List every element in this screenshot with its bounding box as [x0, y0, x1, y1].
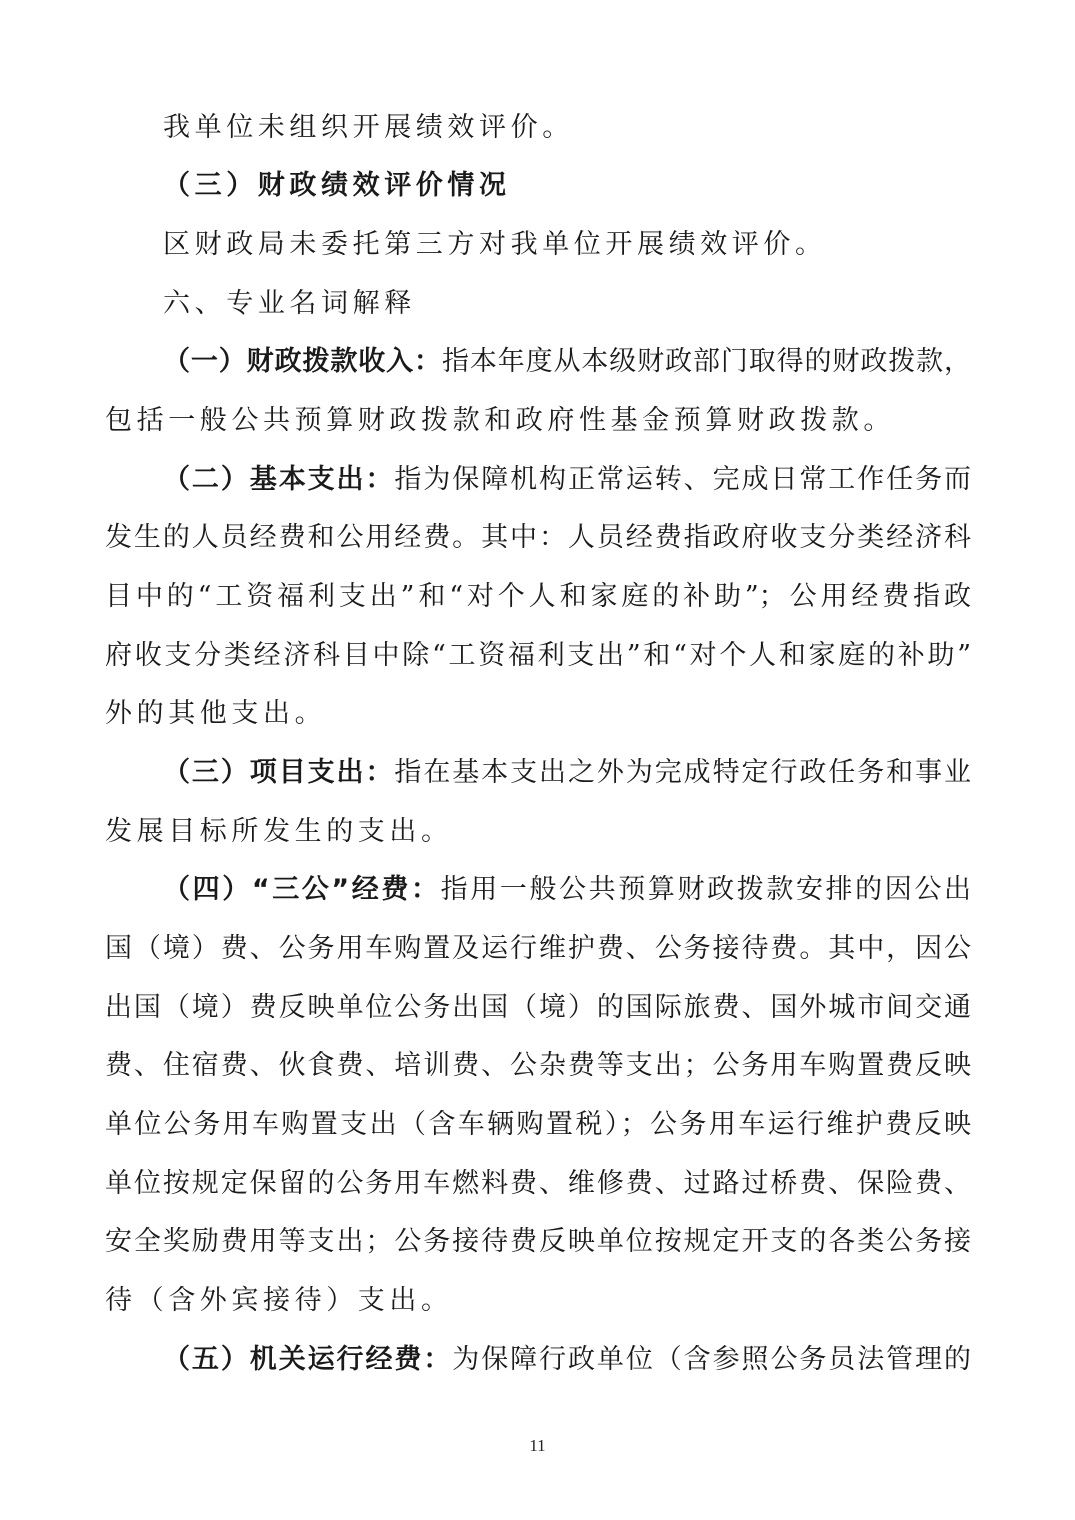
paragraph-no-evaluation: 我单位未组织开展绩效评价。: [163, 108, 574, 148]
definition-line: 目中的“工资福利支出”和“对个人和家庭的补助”；公用经费指政: [105, 577, 971, 617]
page-number: 11: [0, 1436, 1075, 1456]
definition-line: 包括一般公共预算财政拨款和政府性基金预算财政拨款。: [105, 401, 895, 441]
term-agency-operating-expenses: （五）机关运行经费：: [163, 1344, 452, 1375]
term-project-expenditure: （三）项目支出：: [163, 757, 394, 788]
term-basic-expenditure: （二）基本支出：: [163, 464, 394, 495]
section-heading-glossary: 六、专业名词解释: [163, 284, 416, 324]
definition-line: 安全奖励费用等支出；公务接待费反映单位按规定开支的各类公务接: [105, 1222, 971, 1262]
definition-line: 府收支分类经济科目中除“工资福利支出”和“对个人和家庭的补助”: [105, 636, 971, 676]
definition-line: 国（境）费、公务用车购置及运行维护费、公务接待费。其中，因公: [105, 929, 971, 969]
definition-agency-operating-expenses: （五）机关运行经费：为保障行政单位（含参照公务员法管理的: [163, 1340, 971, 1380]
definition-fiscal-appropriation: （一）财政拨款收入：指本年度从本级财政部门取得的财政拨款，: [163, 342, 971, 382]
definition-line: 外的其他支出。: [105, 694, 326, 734]
definition-project-expenditure: （三）项目支出：指在基本支出之外为完成特定行政任务和事业: [163, 753, 971, 793]
paragraph-no-third-party: 区财政局未委托第三方对我单位开展绩效评价。: [163, 225, 827, 265]
term-three-public-expenses: （四）“三公”经费：: [163, 874, 441, 905]
definition-line: 出国（境）费反映单位公务出国（境）的国际旅费、国外城市间交通: [105, 988, 971, 1028]
definition-line: 费、住宿费、伙食费、培训费、公杂费等支出；公务用车购置费反映: [105, 1046, 971, 1086]
definition-line: 发生的人员经费和公用经费。其中：人员经费指政府收支分类经济科: [105, 518, 971, 558]
definition-line: 发展目标所发生的支出。: [105, 812, 453, 852]
definition-line: 单位公务用车购置支出（含车辆购置税）；公务用车运行维护费反映: [105, 1105, 971, 1145]
definition-three-public-expenses: （四）“三公”经费：指用一般公共预算财政拨款安排的因公出: [163, 870, 971, 910]
term-fiscal-appropriation: （一）财政拨款收入：: [163, 346, 442, 377]
definition-line: 单位按规定保留的公务用车燃料费、维修费、过路过桥费、保险费、: [105, 1164, 971, 1204]
section-heading-fiscal-evaluation: （三）财政绩效评价情况: [163, 166, 511, 206]
definition-basic-expenditure: （二）基本支出：指为保障机构正常运转、完成日常工作任务而: [163, 460, 971, 500]
definition-line: 待（含外宾接待）支出。: [105, 1281, 453, 1321]
